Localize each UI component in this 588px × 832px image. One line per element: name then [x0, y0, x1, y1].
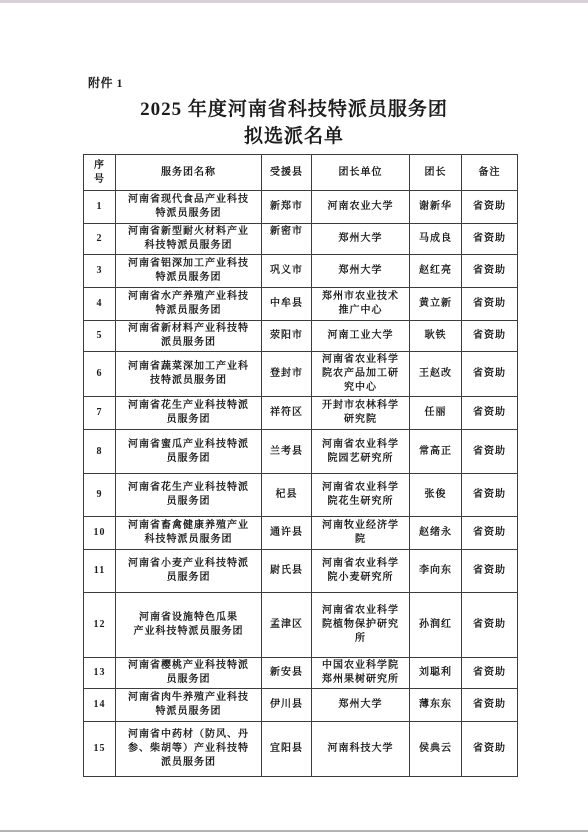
- cell-index: 14: [84, 689, 116, 722]
- cell-leader-unit: 河南工业大学: [312, 321, 410, 352]
- table-header: 序 号 服务团名称 受援县 团长单位 团长 备注: [84, 155, 518, 191]
- header-row: 序 号 服务团名称 受援县 团长单位 团长 备注: [84, 155, 518, 191]
- cell-remark: 省资助: [462, 191, 518, 224]
- cell-leader-unit: 开封市农林科学研究院: [312, 397, 410, 430]
- cell-team-name: 河南省新材料产业科技特派员服务团: [116, 321, 262, 352]
- cell-team-name: 河南省樱桃产业科技特派员服务团: [116, 658, 262, 689]
- column-header-leader: 团长: [410, 155, 462, 191]
- table-row: 5 河南省新材料产业科技特派员服务团 荥阳市 河南工业大学 耿铁 省资助: [84, 321, 518, 352]
- attachment-label: 附件 1: [88, 74, 123, 91]
- cell-leader-unit: 河南农业大学: [312, 191, 410, 224]
- column-header-county: 受援县: [262, 155, 312, 191]
- table-body: 1 河南省现代食品产业科技特派员服务团 新郑市 河南农业大学 谢新华 省资助 2…: [84, 191, 518, 777]
- cell-county: 新郑市: [262, 191, 312, 224]
- cell-county: 宜阳县: [262, 722, 312, 777]
- cell-index: 15: [84, 722, 116, 777]
- cell-county: 巩义市: [262, 255, 312, 288]
- cell-leader: 王赵改: [410, 352, 462, 397]
- cell-team-name: 河南省蜜瓜产业科技特派员服务团: [116, 430, 262, 474]
- cell-county: 孟津区: [262, 593, 312, 658]
- roster-table: 序 号 服务团名称 受援县 团长单位 团长 备注 1 河南省现代食品产业科技特派…: [83, 154, 518, 777]
- cell-index: 1: [84, 191, 116, 224]
- cell-remark: 省资助: [462, 288, 518, 321]
- cell-index: 6: [84, 352, 116, 397]
- table-row: 3 河南省铝深加工产业科技特派员服务团 巩义市 郑州大学 赵红亮 省资助: [84, 255, 518, 288]
- cell-index: 7: [84, 397, 116, 430]
- cell-team-name: 河南省设施特色瓜果 产业科技特派员服务团: [116, 593, 262, 658]
- cell-team-name: 河南省蔬菜深加工产业科技特派员服务团: [116, 352, 262, 397]
- cell-index: 8: [84, 430, 116, 474]
- cell-team-name: 河南省肉牛养殖产业科技特派员服务团: [116, 689, 262, 722]
- table-row: 4 河南省水产养殖产业科技特派员服务团 中牟县 郑州市农业技术推广中心 黄立新 …: [84, 288, 518, 321]
- cell-leader: 侯典云: [410, 722, 462, 777]
- cell-county: 中牟县: [262, 288, 312, 321]
- cell-leader: 马成良: [410, 224, 462, 255]
- cell-county: 伊川县: [262, 689, 312, 722]
- cell-leader-unit: 河南省农业科学院植物保护研究所: [312, 593, 410, 658]
- document-title-line2: 拟选派名单: [0, 123, 588, 150]
- cell-remark: 省资助: [462, 255, 518, 288]
- cell-remark: 省资助: [462, 658, 518, 689]
- cell-leader-unit: 河南科技大学: [312, 722, 410, 777]
- cell-remark: 省资助: [462, 430, 518, 474]
- cell-remark: 省资助: [462, 224, 518, 255]
- cell-leader-unit: 郑州大学: [312, 224, 410, 255]
- cell-leader-unit: 河南牧业经济学院: [312, 517, 410, 550]
- cell-remark: 省资助: [462, 352, 518, 397]
- cell-leader-unit: 河南省农业科学院小麦研究所: [312, 550, 410, 593]
- table-row: 11 河南省小麦产业科技特派员服务团 尉氏县 河南省农业科学院小麦研究所 李向东…: [84, 550, 518, 593]
- cell-team-name: 河南省新型耐火材料产业科技特派员服务团: [116, 224, 262, 255]
- cell-team-name: 河南省畜禽健康养殖产业科技特派员服务团: [116, 517, 262, 550]
- table-row: 15 河南省中药材（防风、丹参、柴胡等）产业科技特派员服务团 宜阳县 河南科技大…: [84, 722, 518, 777]
- cell-leader: 耿铁: [410, 321, 462, 352]
- table-row: 9 河南省花生产业科技特派员服务团 杞县 河南省农业科学院花生研究所 张俊 省资…: [84, 474, 518, 517]
- cell-leader-unit: 郑州大学: [312, 255, 410, 288]
- cell-remark: 省资助: [462, 397, 518, 430]
- cell-county: 荥阳市: [262, 321, 312, 352]
- cell-leader: 赵红亮: [410, 255, 462, 288]
- column-header-index: 序 号: [84, 155, 116, 191]
- viewer-top-edge: [0, 0, 588, 3]
- cell-index: 2: [84, 224, 116, 255]
- document-title-line1: 2025 年度河南省科技特派员服务团: [0, 96, 588, 123]
- cell-remark: 省资助: [462, 550, 518, 593]
- cell-leader-unit: 河南省农业科学院园艺研究所: [312, 430, 410, 474]
- column-header-leader-unit: 团长单位: [312, 155, 410, 191]
- cell-leader-unit: 中国农业科学院郑州果树研究所: [312, 658, 410, 689]
- table-row: 12 河南省设施特色瓜果 产业科技特派员服务团 孟津区 河南省农业科学院植物保护…: [84, 593, 518, 658]
- cell-leader-unit: 郑州市农业技术推广中心: [312, 288, 410, 321]
- table-row: 2 河南省新型耐火材料产业科技特派员服务团 新密市 郑州大学 马成良 省资助: [84, 224, 518, 255]
- cell-leader: 李向东: [410, 550, 462, 593]
- cell-team-name: 河南省中药材（防风、丹参、柴胡等）产业科技特派员服务团: [116, 722, 262, 777]
- cell-leader: 常高正: [410, 430, 462, 474]
- column-header-team-name: 服务团名称: [116, 155, 262, 191]
- cell-team-name: 河南省小麦产业科技特派员服务团: [116, 550, 262, 593]
- table-row: 8 河南省蜜瓜产业科技特派员服务团 兰考县 河南省农业科学院园艺研究所 常高正 …: [84, 430, 518, 474]
- cell-team-name: 河南省花生产业科技特派员服务团: [116, 474, 262, 517]
- cell-index: 5: [84, 321, 116, 352]
- cell-remark: 省资助: [462, 517, 518, 550]
- cell-leader: 黄立新: [410, 288, 462, 321]
- document-title: 2025 年度河南省科技特派员服务团 拟选派名单: [0, 96, 588, 150]
- cell-team-name: 河南省水产养殖产业科技特派员服务团: [116, 288, 262, 321]
- cell-leader: 赵绪永: [410, 517, 462, 550]
- cell-leader: 谢新华: [410, 191, 462, 224]
- cell-index: 13: [84, 658, 116, 689]
- cell-remark: 省资助: [462, 722, 518, 777]
- cell-index: 9: [84, 474, 116, 517]
- cell-county: 通许县: [262, 517, 312, 550]
- cell-index: 12: [84, 593, 116, 658]
- cell-county: 杞县: [262, 474, 312, 517]
- cell-remark: 省资助: [462, 593, 518, 658]
- table-row: 13 河南省樱桃产业科技特派员服务团 新安县 中国农业科学院郑州果树研究所 刘聪…: [84, 658, 518, 689]
- cell-remark: 省资助: [462, 321, 518, 352]
- cell-index: 10: [84, 517, 116, 550]
- cell-county: 登封市: [262, 352, 312, 397]
- table-row: 7 河南省花生产业科技特派员服务团 祥符区 开封市农林科学研究院 任丽 省资助: [84, 397, 518, 430]
- cell-team-name: 河南省现代食品产业科技特派员服务团: [116, 191, 262, 224]
- table-row: 14 河南省肉牛养殖产业科技特派员服务团 伊川县 郑州大学 薄东东 省资助: [84, 689, 518, 722]
- cell-county: 祥符区: [262, 397, 312, 430]
- cell-county: 兰考县: [262, 430, 312, 474]
- cell-leader: 刘聪利: [410, 658, 462, 689]
- column-header-remark: 备注: [462, 155, 518, 191]
- cell-team-name: 河南省花生产业科技特派员服务团: [116, 397, 262, 430]
- cell-leader: 孙润红: [410, 593, 462, 658]
- cell-county: 尉氏县: [262, 550, 312, 593]
- cell-county: 新密市: [262, 224, 312, 255]
- table-row: 10 河南省畜禽健康养殖产业科技特派员服务团 通许县 河南牧业经济学院 赵绪永 …: [84, 517, 518, 550]
- cell-leader-unit: 河南省农业科学院花生研究所: [312, 474, 410, 517]
- cell-index: 11: [84, 550, 116, 593]
- table-row: 6 河南省蔬菜深加工产业科技特派员服务团 登封市 河南省农业科学院农产品加工研究…: [84, 352, 518, 397]
- cell-remark: 省资助: [462, 689, 518, 722]
- cell-team-name: 河南省铝深加工产业科技特派员服务团: [116, 255, 262, 288]
- cell-leader: 张俊: [410, 474, 462, 517]
- cell-remark: 省资助: [462, 474, 518, 517]
- cell-leader-unit: 郑州大学: [312, 689, 410, 722]
- cell-index: 4: [84, 288, 116, 321]
- cell-leader: 薄东东: [410, 689, 462, 722]
- cell-leader: 任丽: [410, 397, 462, 430]
- table-row: 1 河南省现代食品产业科技特派员服务团 新郑市 河南农业大学 谢新华 省资助: [84, 191, 518, 224]
- cell-leader-unit: 河南省农业科学院农产品加工研究中心: [312, 352, 410, 397]
- cell-county: 新安县: [262, 658, 312, 689]
- cell-index: 3: [84, 255, 116, 288]
